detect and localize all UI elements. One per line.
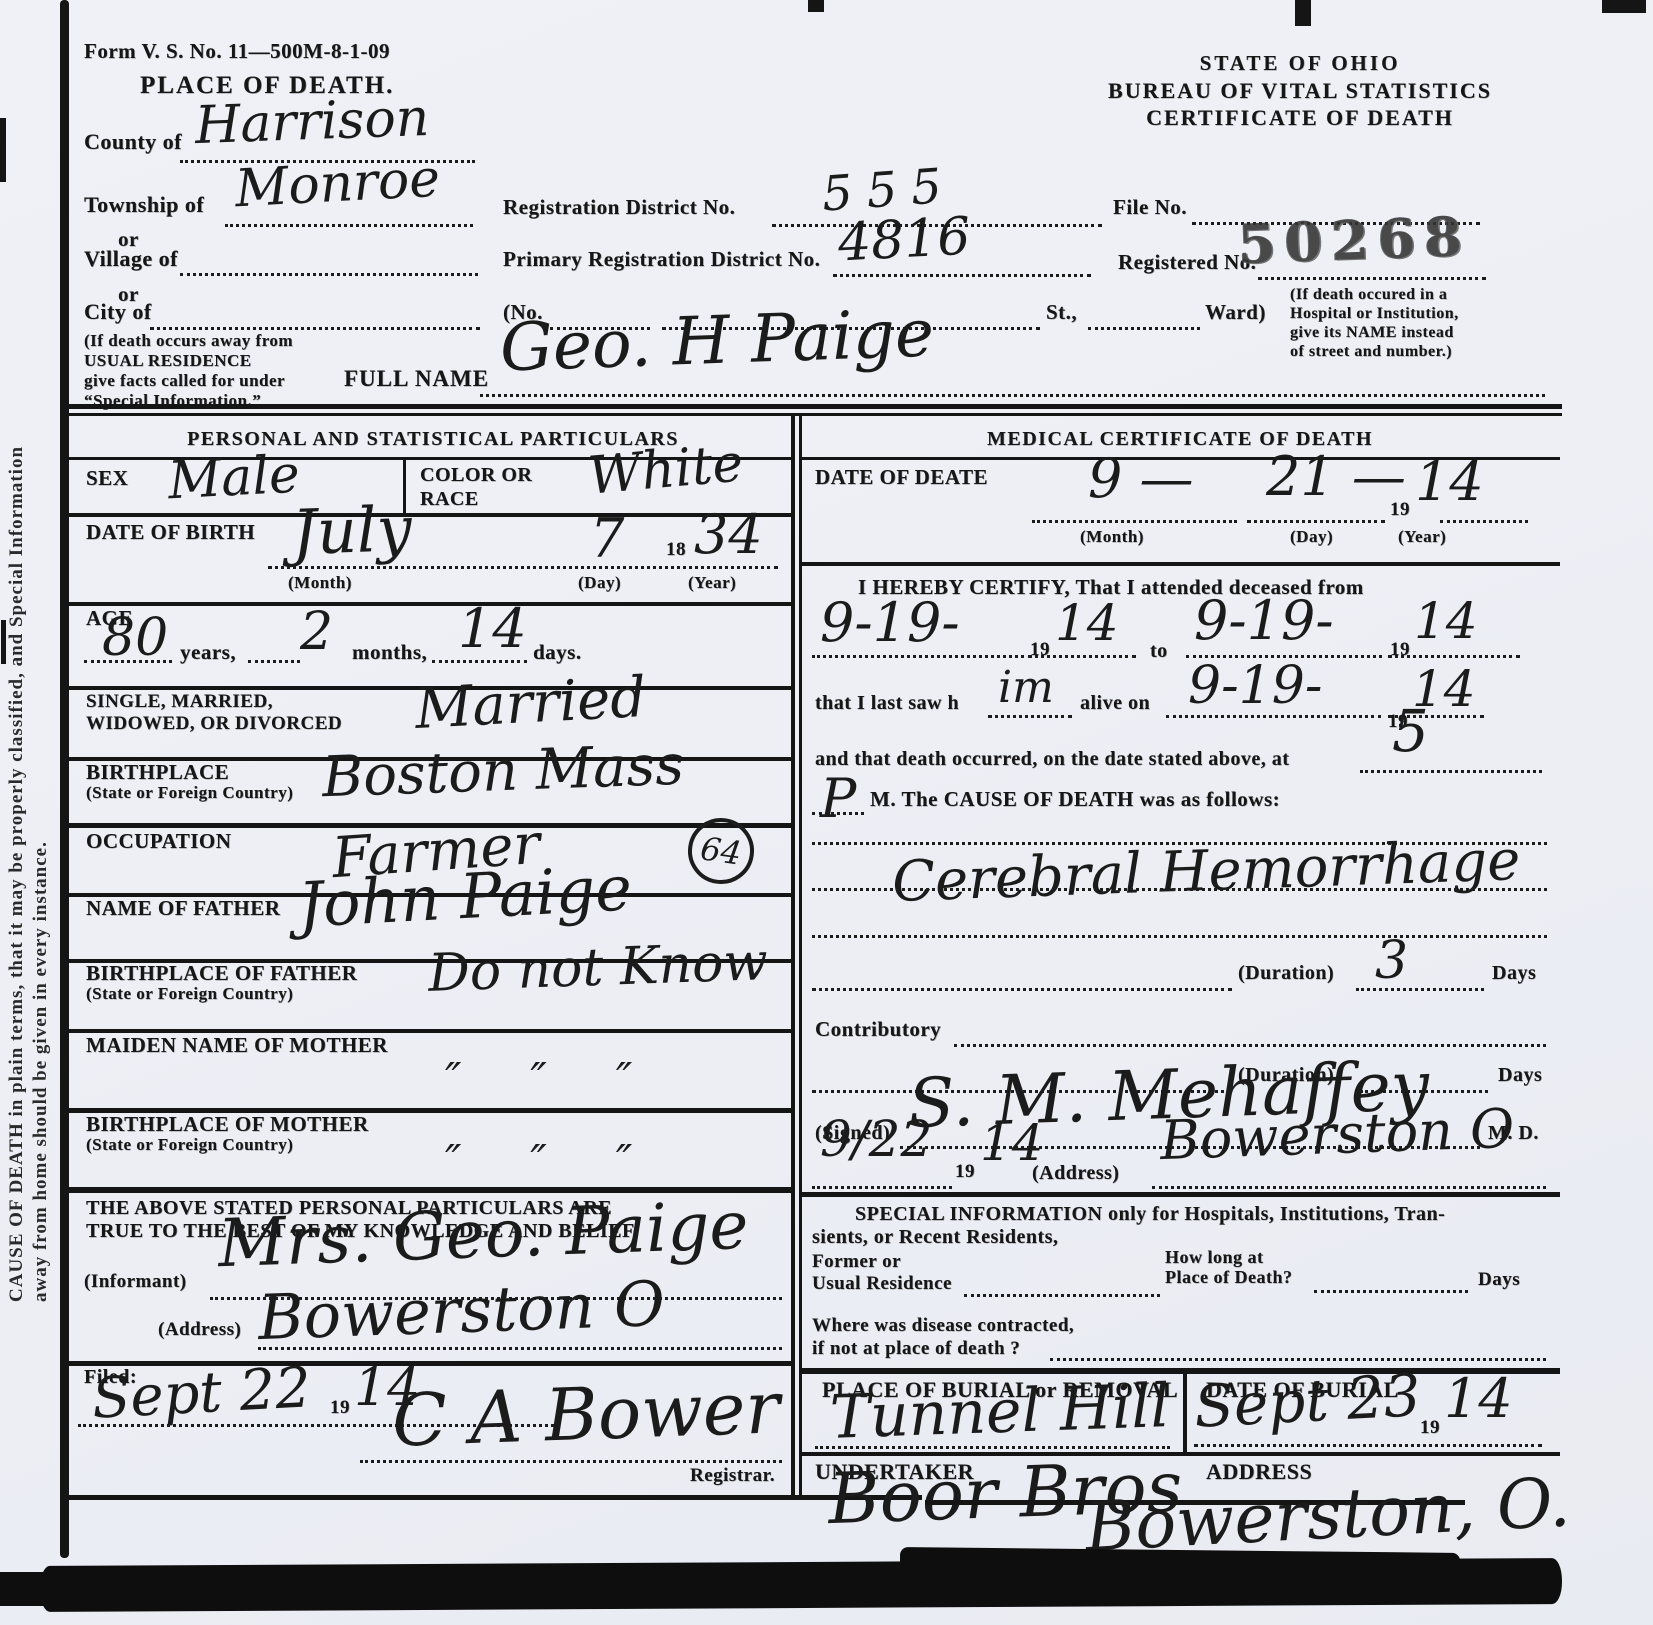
form-number: Form V. S. No. 11—500M-8-1-09: [84, 40, 390, 63]
dotted-line: [1314, 1290, 1468, 1293]
dotted-line: [248, 660, 300, 663]
burial-year-prefix: 19: [1420, 1418, 1440, 1439]
years-label: years,: [180, 641, 236, 664]
city-label: City of: [84, 300, 152, 324]
signed-year-value: 14: [980, 1118, 1044, 1168]
dotted-line: [1028, 655, 1136, 658]
mother-birthplace-label: BIRTHPLACE OF MOTHER: [86, 1113, 369, 1136]
former-residence-line2: Usual Residence: [812, 1274, 952, 1295]
dotted-line: [360, 1460, 782, 1463]
rule: [802, 562, 1560, 566]
date-of-birth-label: DATE OF BIRTH: [86, 521, 255, 544]
usual-residence-note: (If death occurs away from USUAL RESIDEN…: [84, 331, 374, 411]
contributory-label: Contributory: [815, 1018, 941, 1041]
cause-of-death-line: M. The CAUSE OF DEATH was as follows:: [870, 788, 1280, 811]
filed-date-value: Sept 22: [91, 1360, 313, 1427]
dotted-line: [1360, 770, 1542, 773]
birth-year-value: 34: [694, 508, 763, 562]
death-day-value: 21 —: [1266, 450, 1406, 504]
birthplace-sub-label: (State or Foreign Country): [86, 784, 293, 803]
father-birthplace-sub-label: (State or Foreign Country): [86, 985, 293, 1004]
margin-note-line2: away from home should be given in every …: [30, 841, 52, 1302]
dotted-line: [1088, 327, 1200, 330]
marital-status-label: SINGLE, MARRIED, WIDOWED, OR DIVORCED: [86, 691, 342, 736]
street-label: St.,: [1046, 301, 1077, 324]
village-label: Village of: [84, 247, 178, 271]
rule: [802, 1192, 1560, 1197]
scan-edge-mark: [1602, 0, 1646, 13]
scan-edge-mark: [1295, 0, 1311, 26]
month-caption: (Month): [1080, 528, 1144, 547]
circled-number-value: 64: [698, 829, 744, 872]
occurred-hour-value: 5: [1392, 702, 1429, 760]
to-year-value: 14: [1414, 596, 1478, 646]
cell-divider: [1183, 1368, 1187, 1456]
mother-maiden-name-label: MAIDEN NAME OF MOTHER: [86, 1034, 388, 1057]
month-caption: (Month): [288, 574, 352, 593]
dotted-line: [180, 273, 478, 276]
birthplace-label: BIRTHPLACE: [86, 761, 229, 784]
from-year-value: 14: [1055, 598, 1119, 648]
days-label: days.: [533, 641, 582, 664]
last-saw-pre-label: that I last saw h: [815, 692, 959, 714]
informant-address-label: (Address): [158, 1320, 241, 1341]
mother-birthplace-sub-label: (State or Foreign Country): [86, 1136, 293, 1155]
months-label: months,: [352, 641, 427, 664]
dotted-line: [812, 988, 1232, 991]
signed-address-label: (Address): [1032, 1162, 1119, 1184]
scan-edge-mark: [808, 0, 824, 12]
color-race-value: White: [586, 437, 745, 502]
dotted-line: [1247, 520, 1385, 523]
sex-label: SEX: [86, 467, 128, 490]
column-divider: [799, 416, 802, 1498]
to-label: to: [1150, 640, 1168, 662]
death-year-prefix: 19: [1390, 500, 1410, 521]
dotted-line: [480, 394, 1545, 397]
dotted-line: [1258, 277, 1486, 280]
year-caption: (Year): [1398, 528, 1446, 547]
dotted-line: [812, 812, 864, 815]
color-race-label: COLOR OR RACE: [420, 464, 532, 511]
rule: [62, 1495, 922, 1500]
duration2-days-label: Days: [1498, 1064, 1542, 1086]
dotted-line: [833, 274, 1091, 277]
marital-status-value: Married: [414, 670, 648, 738]
pm-value: P: [820, 772, 856, 826]
registrar-label: Registrar.: [690, 1466, 775, 1487]
dotted-line: [1032, 520, 1237, 523]
rule: [66, 513, 791, 517]
dotted-line: [150, 327, 480, 330]
father-name-label: NAME OF FATHER: [86, 897, 280, 920]
bureau-heading: BUREAU OF VITAL STATISTICS: [1090, 79, 1510, 103]
registered-no-stamp: 50268: [1237, 204, 1472, 276]
primary-registration-label: Primary Registration District No.: [503, 248, 820, 271]
column-divider: [791, 416, 795, 1498]
registrar-signature: C A Bower: [391, 1371, 781, 1456]
hospital-note: (If death occured in a Hospital or Insti…: [1290, 286, 1580, 362]
ward-label: Ward): [1205, 301, 1266, 324]
former-residence-line1: Former or: [812, 1252, 901, 1273]
dotted-line: [84, 660, 172, 663]
last-saw-date-value: 9-19-: [1188, 660, 1322, 712]
burial-date-value: Sept 23: [1193, 1366, 1422, 1436]
duration-value: 3: [1375, 935, 1408, 987]
duration-label: (Duration): [1238, 962, 1334, 984]
signed-year-prefix: 19: [955, 1162, 975, 1183]
duration-days-label: Days: [1492, 962, 1536, 984]
burial-year-value: 14: [1444, 1372, 1513, 1426]
special-info-line1: SPECIAL INFORMATION only for Hospitals, …: [855, 1203, 1445, 1225]
dotted-line: [1166, 715, 1381, 718]
day-caption: (Day): [578, 574, 621, 593]
day-caption: (Day): [1290, 528, 1333, 547]
death-year-value: 14: [1415, 455, 1484, 509]
age-years-value: 80: [102, 612, 168, 664]
how-long-days-label: Days: [1478, 1270, 1520, 1291]
county-label: County of: [84, 130, 182, 154]
dotted-line: [432, 660, 527, 663]
burial-place-value: Tunnel Hill: [829, 1376, 1170, 1448]
registered-no-label: Registered No.: [1118, 251, 1256, 274]
dotted-line: [812, 655, 1024, 658]
dotted-line: [1356, 988, 1484, 991]
age-months-value: 2: [300, 606, 333, 658]
last-saw-him-value: im: [998, 666, 1054, 710]
dotted-line: [1050, 1358, 1546, 1361]
birth-day-value: 7: [590, 512, 624, 566]
dotted-line: [1194, 1444, 1542, 1447]
birthplace-value: Boston Mass: [321, 738, 685, 807]
father-birthplace-value: Do not Know: [427, 936, 769, 1000]
dotted-line: [964, 1294, 1160, 1297]
birth-month-value: July: [291, 498, 413, 564]
father-name-value: John Paige: [297, 857, 634, 936]
rule: [66, 602, 791, 606]
dotted-line: [268, 566, 778, 569]
scan-smear: [0, 1572, 62, 1606]
signed-address-value: Bowerston O: [1159, 1102, 1515, 1168]
disease-contracted-line1: Where was disease contracted,: [812, 1316, 1074, 1337]
rule: [62, 404, 1562, 409]
age-days-value: 14: [458, 602, 527, 656]
township-value: Monroe: [234, 153, 441, 216]
sex-value: Male: [167, 449, 301, 508]
date-of-death-label: DATE OF DEATE: [815, 466, 988, 489]
full-name-label: FULL NAME: [344, 366, 489, 391]
informant-address-value: Bowerston O: [257, 1273, 666, 1349]
dotted-line: [1152, 1186, 1546, 1189]
dotted-line: [988, 715, 1072, 718]
margin-note-line1: CAUSE OF DEATH in plain terms, that it m…: [6, 446, 28, 1302]
dotted-line: [812, 1186, 952, 1189]
registration-district-label: Registration District No.: [503, 196, 735, 219]
primary-registration-value: 4816: [837, 211, 972, 270]
county-value: Harrison: [194, 92, 430, 152]
signed-date-value: 9/22: [820, 1114, 932, 1164]
attended-from-value: 9-19-: [820, 596, 960, 650]
informant-label: (Informant): [84, 1272, 187, 1293]
state-heading: STATE OF OHIO: [1090, 52, 1510, 75]
birth-year-prefix: 18: [666, 540, 686, 561]
how-long-line1: How long at: [1165, 1248, 1264, 1268]
dotted-line: [1388, 655, 1520, 658]
certificate-heading: CERTIFICATE OF DEATH: [1090, 106, 1510, 130]
file-no-label: File No.: [1113, 196, 1187, 219]
informant-value: Mrs. Geo. Paige: [217, 1193, 749, 1277]
year-caption: (Year): [688, 574, 736, 593]
alive-on-label: alive on: [1080, 692, 1150, 714]
township-label: Township of: [84, 193, 204, 217]
death-occurred-line: and that death occurred, on the date sta…: [815, 748, 1289, 770]
filed-year-prefix: 19: [330, 1398, 350, 1419]
death-certificate-scan: CAUSE OF DEATH in plain terms, that it m…: [0, 0, 1653, 1625]
attended-to-value: 9-19-: [1194, 594, 1334, 648]
dotted-line: [954, 1044, 1546, 1047]
special-info-line2: sients, or Recent Residents,: [812, 1226, 1058, 1248]
form-left-border: [60, 0, 69, 1558]
death-month-value: 9 —: [1088, 452, 1194, 506]
father-birthplace-label: BIRTHPLACE OF FATHER: [86, 962, 357, 985]
dotted-line: [1440, 520, 1528, 523]
dotted-line: [225, 224, 473, 227]
dotted-line: [812, 935, 1547, 938]
disease-contracted-line2: if not at place of death ?: [812, 1339, 1020, 1360]
full-name-value: Geo. H Paige: [499, 300, 935, 381]
mother-birthplace-value: ″ ″ ″: [445, 1140, 632, 1184]
dotted-line: [812, 888, 1547, 891]
how-long-line2: Place of Death?: [1165, 1268, 1292, 1288]
rule: [62, 413, 1562, 416]
dotted-line: [258, 1347, 782, 1350]
mother-maiden-name-value: ″ ″ ″: [445, 1058, 632, 1102]
occupation-label: OCCUPATION: [86, 830, 231, 853]
scan-edge-mark: [0, 118, 6, 182]
